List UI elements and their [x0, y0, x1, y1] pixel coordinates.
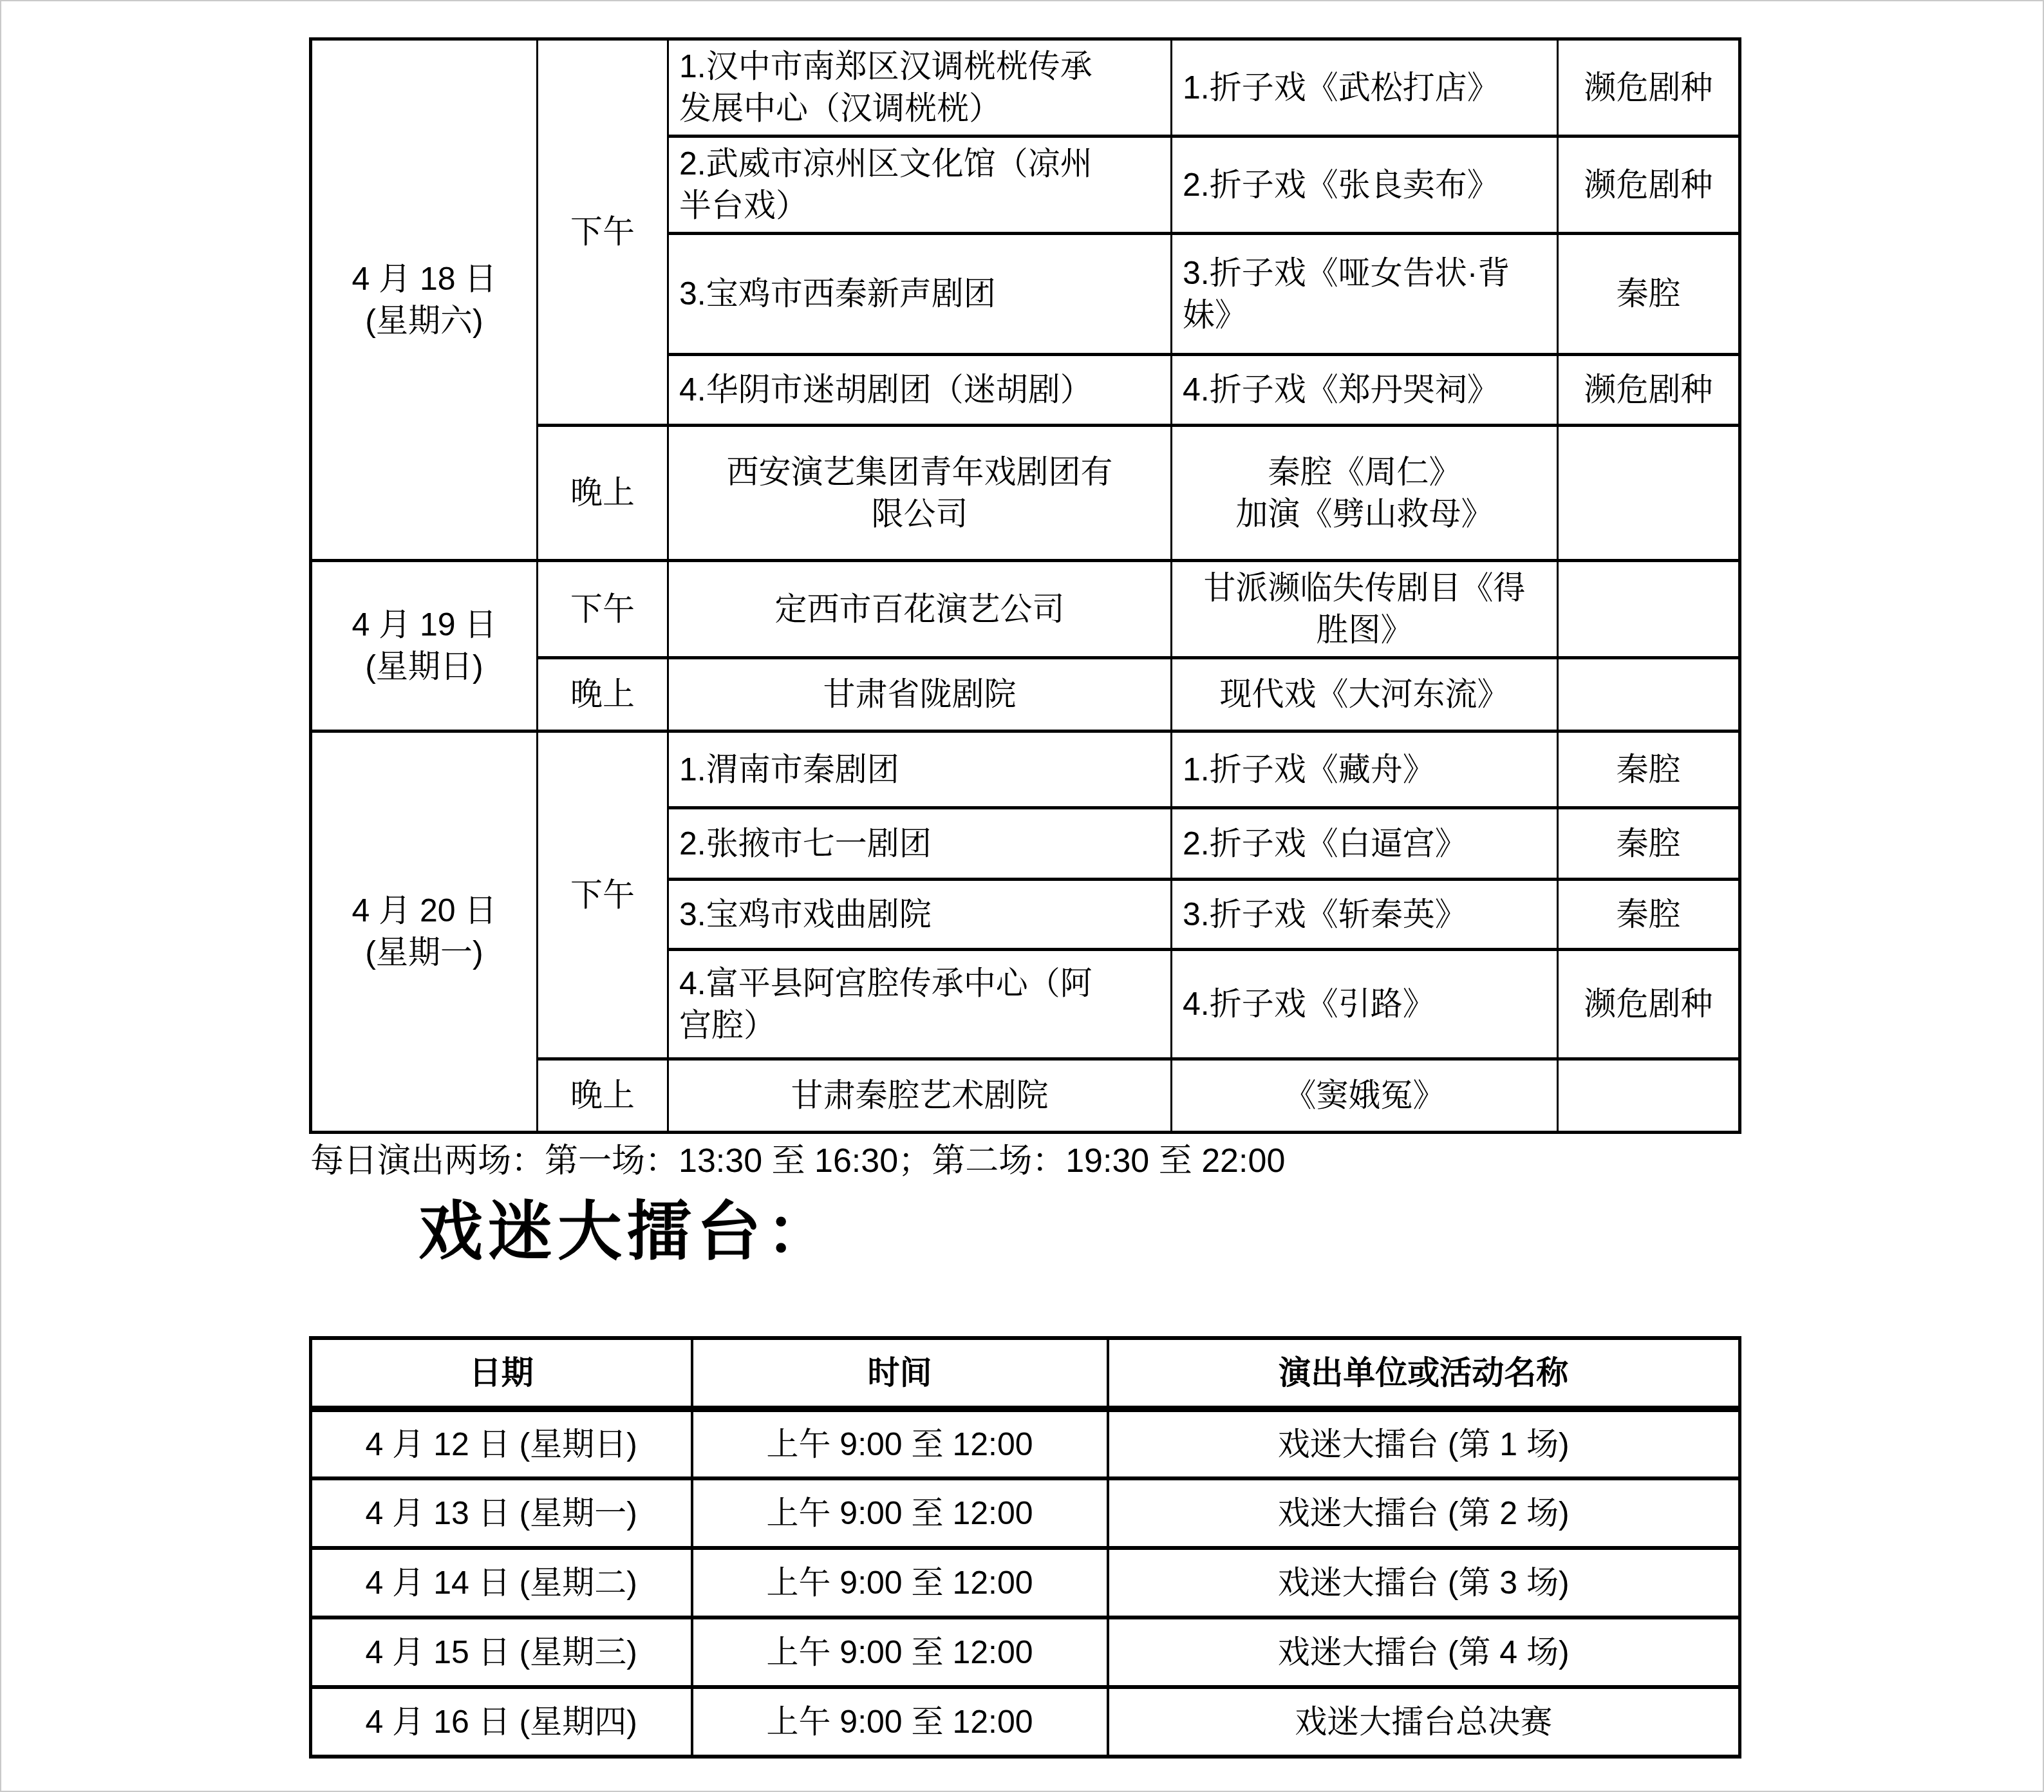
program-cell: 4.折子戏《引路》	[1172, 950, 1558, 1059]
session-cell-apr20-afternoon: 下午	[538, 731, 668, 1059]
document-page: 4 月 18 日 (星期六) 下午 1.汉中市南郑区汉调桄桄传承 发展中心（汉调…	[0, 0, 2044, 1792]
program-cell: 甘派濒临失传剧目《得 胜图》	[1172, 561, 1558, 658]
date-cell-apr18: 4 月 18 日 (星期六)	[311, 39, 538, 561]
fan-arena-heading: 戏迷大擂台：	[418, 1195, 836, 1269]
activity-cell: 戏迷大擂台 (第 3 场)	[1108, 1548, 1740, 1618]
fan-arena-row-5: 4 月 16 日 (星期四) 上午 9:00 至 12:00 戏迷大擂台总决赛	[311, 1687, 1740, 1757]
program-cell: 1.折子戏《武松打店》	[1172, 39, 1558, 137]
genre-cell: 秦腔	[1558, 880, 1740, 950]
unit-cell: 2.张掖市七一剧团	[668, 808, 1172, 880]
fan-arena-row-4: 4 月 15 日 (星期三) 上午 9:00 至 12:00 戏迷大擂台 (第 …	[311, 1618, 1740, 1687]
unit-cell: 甘肃秦腔艺术剧院	[668, 1059, 1172, 1133]
date-cell-apr19: 4 月 19 日 (星期日)	[311, 561, 538, 731]
session-cell-apr19-afternoon: 下午	[538, 561, 668, 658]
time-cell: 上午 9:00 至 12:00	[692, 1687, 1108, 1757]
program-cell: 4.折子戏《郑丹哭祠》	[1172, 355, 1558, 426]
performance-schedule-table: 4 月 18 日 (星期六) 下午 1.汉中市南郑区汉调桄桄传承 发展中心（汉调…	[309, 37, 1741, 1134]
genre-cell: 濒危剧种	[1558, 355, 1740, 426]
genre-cell	[1558, 658, 1740, 731]
unit-cell: 定西市百花演艺公司	[668, 561, 1172, 658]
unit-cell: 甘肃省陇剧院	[668, 658, 1172, 731]
daily-sessions-note: 每日演出两场：第一场：13:30 至 16:30；第二场：19:30 至 22:…	[310, 1141, 1285, 1181]
genre-cell: 秦腔	[1558, 808, 1740, 880]
genre-cell: 秦腔	[1558, 234, 1740, 355]
program-cell: 《窦娥冤》	[1172, 1059, 1558, 1133]
column-header-name: 演出单位或活动名称	[1108, 1338, 1740, 1409]
fan-arena-row-2: 4 月 13 日 (星期一) 上午 9:00 至 12:00 戏迷大擂台 (第 …	[311, 1478, 1740, 1548]
unit-cell: 3.宝鸡市西秦新声剧团	[668, 234, 1172, 355]
activity-cell: 戏迷大擂台 (第 1 场)	[1108, 1409, 1740, 1478]
program-cell: 现代戏《大河东流》	[1172, 658, 1558, 731]
unit-cell: 1.汉中市南郑区汉调桄桄传承 发展中心（汉调桄桄）	[668, 39, 1172, 137]
genre-cell	[1558, 426, 1740, 561]
column-header-time: 时间	[692, 1338, 1108, 1409]
fan-arena-header-row: 日期 时间 演出单位或活动名称	[311, 1338, 1740, 1409]
schedule-row-apr20-1: 4 月 20 日 (星期一) 下午 1.渭南市秦剧团 1.折子戏《藏舟》 秦腔	[311, 731, 1740, 808]
date-cell: 4 月 16 日 (星期四)	[311, 1687, 692, 1757]
time-cell: 上午 9:00 至 12:00	[692, 1478, 1108, 1548]
time-cell: 上午 9:00 至 12:00	[692, 1409, 1108, 1478]
activity-cell: 戏迷大擂台总决赛	[1108, 1687, 1740, 1757]
date-cell: 4 月 12 日 (星期日)	[311, 1409, 692, 1478]
column-header-date: 日期	[311, 1338, 692, 1409]
time-cell: 上午 9:00 至 12:00	[692, 1618, 1108, 1687]
genre-cell: 濒危剧种	[1558, 137, 1740, 234]
activity-cell: 戏迷大擂台 (第 2 场)	[1108, 1478, 1740, 1548]
unit-cell: 1.渭南市秦剧团	[668, 731, 1172, 808]
fan-arena-row-1: 4 月 12 日 (星期日) 上午 9:00 至 12:00 戏迷大擂台 (第 …	[311, 1409, 1740, 1478]
session-cell-apr19-evening: 晚上	[538, 658, 668, 731]
session-cell-apr18-afternoon: 下午	[538, 39, 668, 426]
session-cell-apr20-evening: 晚上	[538, 1059, 668, 1133]
genre-cell	[1558, 561, 1740, 658]
date-cell-apr20: 4 月 20 日 (星期一)	[311, 731, 538, 1133]
fan-arena-table: 日期 时间 演出单位或活动名称 4 月 12 日 (星期日) 上午 9:00 至…	[309, 1336, 1741, 1759]
program-cell: 3.折子戏《哑女告状·背 妹》	[1172, 234, 1558, 355]
unit-cell: 2.武威市凉州区文化馆（凉州 半台戏）	[668, 137, 1172, 234]
date-cell: 4 月 13 日 (星期一)	[311, 1478, 692, 1548]
schedule-row-apr19-afternoon: 4 月 19 日 (星期日) 下午 定西市百花演艺公司 甘派濒临失传剧目《得 胜…	[311, 561, 1740, 658]
genre-cell: 濒危剧种	[1558, 39, 1740, 137]
date-cell: 4 月 15 日 (星期三)	[311, 1618, 692, 1687]
program-cell: 秦腔《周仁》 加演《劈山救母》	[1172, 426, 1558, 561]
program-cell: 3.折子戏《斩秦英》	[1172, 880, 1558, 950]
activity-cell: 戏迷大擂台 (第 4 场)	[1108, 1618, 1740, 1687]
unit-cell: 4.富平县阿宫腔传承中心（阿 宫腔）	[668, 950, 1172, 1059]
unit-cell: 3.宝鸡市戏曲剧院	[668, 880, 1172, 950]
genre-cell: 濒危剧种	[1558, 950, 1740, 1059]
date-cell: 4 月 14 日 (星期二)	[311, 1548, 692, 1618]
time-cell: 上午 9:00 至 12:00	[692, 1548, 1108, 1618]
schedule-row-apr18-1: 4 月 18 日 (星期六) 下午 1.汉中市南郑区汉调桄桄传承 发展中心（汉调…	[311, 39, 1740, 137]
unit-cell: 4.华阴市迷胡剧团（迷胡剧）	[668, 355, 1172, 426]
program-cell: 1.折子戏《藏舟》	[1172, 731, 1558, 808]
program-cell: 2.折子戏《白逼宫》	[1172, 808, 1558, 880]
program-cell: 2.折子戏《张良卖布》	[1172, 137, 1558, 234]
genre-cell	[1558, 1059, 1740, 1133]
session-cell-apr18-evening: 晚上	[538, 426, 668, 561]
fan-arena-row-3: 4 月 14 日 (星期二) 上午 9:00 至 12:00 戏迷大擂台 (第 …	[311, 1548, 1740, 1618]
genre-cell: 秦腔	[1558, 731, 1740, 808]
unit-cell: 西安演艺集团青年戏剧团有 限公司	[668, 426, 1172, 561]
